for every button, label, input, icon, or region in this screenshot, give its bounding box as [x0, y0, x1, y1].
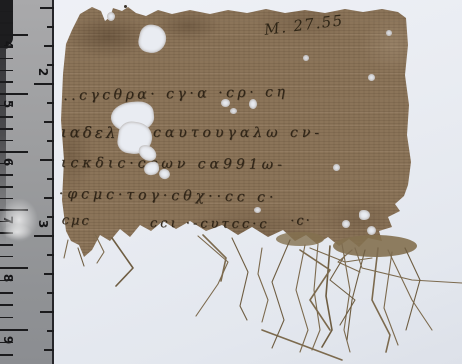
papyrus-hole: [230, 108, 237, 114]
fiber-strand: [338, 250, 360, 272]
papyrus-hole: [386, 30, 392, 36]
papyrus-hole: [221, 99, 230, 107]
ruler-tick: [47, 178, 54, 180]
papyrus-hole: [249, 99, 257, 109]
ruler-tick: [0, 116, 13, 118]
fiber-strand: [300, 250, 330, 330]
ruler-tick: [40, 7, 54, 9]
ruler-tick: [47, 140, 54, 142]
ruler-tick: [0, 354, 13, 356]
ruler-tick: [0, 329, 28, 331]
fiber-strand: [258, 248, 268, 322]
ruler-tick: [0, 81, 13, 83]
greek-text-line: ·ϲ·: [290, 213, 312, 229]
fiber-strand: [372, 248, 390, 352]
ruler-tick: [0, 11, 13, 13]
photo-canvas: 45678923 M. 27.55 ..ϲγϲθρα· ϲγ·α ·ϲρ· ϲη…: [0, 0, 462, 364]
fiber-strand: [262, 330, 342, 360]
papyrus-hole: [342, 220, 350, 228]
ruler-tick: [0, 105, 13, 107]
fiber-strand: [112, 238, 133, 286]
ruler-tick: [0, 163, 13, 165]
ruler-tick: [44, 121, 54, 123]
ruler-tick: [0, 292, 13, 294]
papyrus-hole: [333, 164, 340, 171]
ruler-tick: [47, 102, 54, 104]
ruler-tick: [0, 93, 28, 95]
ruler-tick: [0, 304, 13, 306]
ruler-tick: [0, 198, 13, 200]
fiber-strand: [322, 246, 332, 347]
ruler-tick: [40, 159, 54, 161]
fiber-strand: [405, 248, 420, 330]
papyrus-hole: [254, 207, 261, 213]
ruler-number: 3: [35, 216, 51, 232]
papyrus-hole: [303, 55, 309, 61]
fiber-strand: [330, 255, 355, 325]
ruler-tick: [40, 311, 54, 313]
papyrus-hole: [367, 226, 376, 235]
ruler-tick: [0, 58, 13, 60]
fiber-strand: [296, 245, 308, 352]
ruler-tick: [0, 209, 28, 211]
ruler-tick: [0, 22, 13, 24]
greek-text-line: ιαδελ: [61, 123, 119, 142]
ruler-tick: [0, 244, 13, 246]
ruler-number: 4: [0, 37, 16, 53]
ruler-tick: [47, 64, 54, 66]
ruler-tick: [0, 128, 13, 130]
fiber-strand: [312, 244, 320, 350]
ruler-tick: [44, 45, 54, 47]
ruler-tick: [0, 280, 13, 282]
ruler-number: 9: [0, 332, 16, 348]
fiber-strand: [388, 250, 432, 330]
ruler-tick: [47, 292, 54, 294]
ruler-tick: [47, 216, 54, 218]
ruler-tick: [47, 26, 54, 28]
greek-text-line: ιϲκδιϲ·ϲϲων ϲα991ω-: [61, 155, 286, 173]
fiber-strand: [384, 252, 398, 345]
ruler-right-edge: [52, 0, 54, 364]
ruler-tick: [47, 254, 54, 256]
fiber-strand: [310, 248, 372, 262]
papyrus-hole: [368, 74, 375, 81]
ruler-tick: [44, 197, 54, 199]
greek-text-line: ϲμϲ: [61, 213, 91, 229]
fiber-strand: [272, 240, 290, 348]
ruler-tick: [34, 83, 54, 85]
ruler-tick: [0, 317, 13, 319]
ruler-tick: [0, 342, 13, 344]
ruler-tick: [0, 70, 13, 72]
fiber-strand: [64, 240, 68, 258]
fiber-strand: [342, 244, 350, 352]
papyrus-hole: [107, 12, 115, 21]
greek-text-line: ϲϲι ·-ϲυτϲϲ·ϲ: [150, 216, 270, 232]
ruler-tick: [0, 46, 13, 48]
fiber-strand: [203, 235, 226, 281]
ruler-number: 8: [0, 270, 16, 286]
greek-text-line: ϲαυτουγαλω ϲν-: [153, 125, 323, 141]
ink-speck: [124, 5, 127, 8]
ruler-tick: [34, 235, 54, 237]
ruler-tick: [0, 140, 13, 142]
ruler-tick: [47, 330, 54, 332]
papyrus-hole: [359, 210, 370, 220]
ruler-tick: [0, 174, 13, 176]
ruler-tick: [0, 267, 28, 269]
fiber-strand: [196, 236, 228, 316]
fiber-strand: [347, 250, 365, 340]
ruler-tick: [0, 151, 28, 153]
fiber-strand: [355, 248, 462, 283]
ruler-tick: [0, 232, 13, 234]
ruler: 45678923: [0, 0, 54, 364]
ruler-tick: [0, 256, 13, 258]
fiber-strand: [232, 238, 248, 320]
ruler-tick: [0, 34, 28, 36]
ruler-tick: [44, 273, 54, 275]
ruler-number: 2: [35, 64, 51, 80]
ruler-tick: [0, 186, 13, 188]
ruler-tick: [0, 221, 13, 223]
ruler-tick: [44, 349, 54, 351]
